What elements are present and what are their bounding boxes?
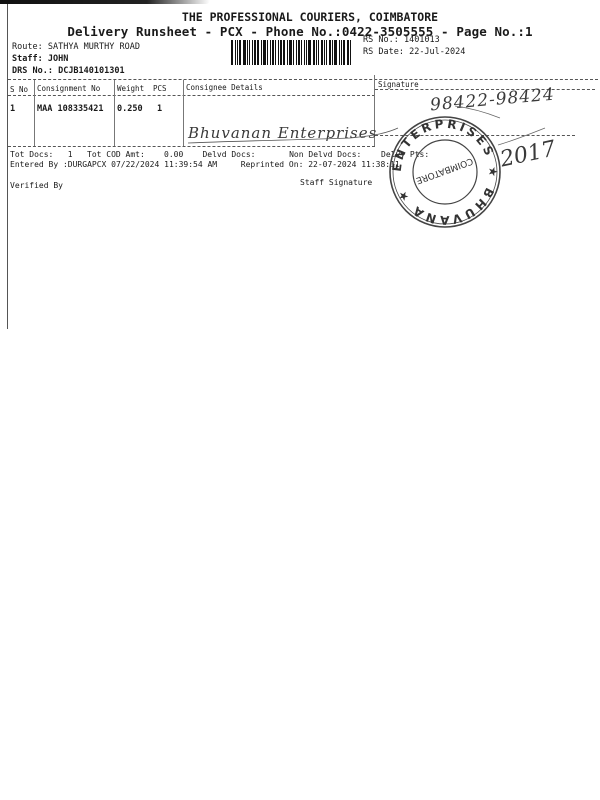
cell-weight: 0.250 xyxy=(117,104,143,114)
route-label: Route: xyxy=(12,42,43,52)
tot-docs-label: Tot Docs: xyxy=(10,150,53,159)
col-header-consignee: Consignee Details xyxy=(186,83,263,92)
company-title: THE PROFESSIONAL COURIERS, COIMBATORE xyxy=(0,10,600,24)
table-bottom-rule xyxy=(8,146,375,147)
rs-date-label: RS Date: xyxy=(363,47,404,57)
totals-line: Tot Docs: 1 Tot COD Amt: 0.00 Delvd Docs… xyxy=(10,150,429,159)
rs-no-line: RS No.: 1401013 xyxy=(363,35,440,45)
staff-value: JOHN xyxy=(48,54,68,64)
staff-line: Staff: JOHN xyxy=(12,54,68,64)
entered-by-value: DURGAPCX 07/22/2024 11:39:54 AM xyxy=(68,160,217,169)
route-value: SATHYA MURTHY ROAD xyxy=(48,42,140,52)
drs-line: DRS No.: DCJB140101301 xyxy=(12,66,125,76)
col-header-signature: Signature xyxy=(378,80,419,89)
rs-no-label: RS No.: xyxy=(363,35,399,45)
col-divider xyxy=(183,80,184,146)
drs-label: DRS No.: xyxy=(12,66,53,76)
col-divider xyxy=(114,80,115,146)
route-line: Route: SATHYA MURTHY ROAD xyxy=(12,42,140,52)
cell-pcs: 1 xyxy=(157,104,162,114)
verified-by-label: Verified By xyxy=(10,181,63,190)
col-header-weight: Weight xyxy=(117,84,144,93)
header-bottom-rule xyxy=(8,95,375,96)
handwritten-receiver-name: Bhuvanan Enterprises xyxy=(188,124,377,142)
cell-consignment-no: MAA 108335421 xyxy=(37,104,104,114)
handwritten-note: 2017 xyxy=(498,136,558,172)
runsheet-subtitle: Delivery Runsheet - PCX - Phone No.:0422… xyxy=(0,24,600,39)
barcode-icon xyxy=(231,40,353,65)
col-header-pcs: PCS xyxy=(153,84,167,93)
staff-label: Staff: xyxy=(12,54,43,64)
scan-edge-top xyxy=(0,0,210,4)
staff-signature-label: Staff Signature xyxy=(300,178,372,187)
tot-cod-value: 0.00 xyxy=(150,150,198,159)
entered-line: Entered By :DURGAPCX 07/22/2024 11:39:54… xyxy=(10,160,400,169)
table-top-rule xyxy=(8,79,598,80)
col-header-sno: S No xyxy=(10,85,28,94)
drs-value: DCJB140101301 xyxy=(58,66,125,76)
non-delvd-docs-label: Non Delvd Docs: xyxy=(289,150,361,159)
svg-text:COIMBATORE: COIMBATORE xyxy=(414,155,474,185)
entered-by-label: Entered By : xyxy=(10,160,68,169)
delvd-docs-label: Delvd Docs: xyxy=(202,150,255,159)
tot-docs-value: 1 xyxy=(58,150,82,159)
reprinted-label: Reprinted On: xyxy=(241,160,304,169)
company-stamp-icon: ENTERPRISES ★ BHUVANA ★ COIMBATORE xyxy=(385,112,505,232)
col-divider xyxy=(34,80,35,146)
tot-cod-label: Tot COD Amt: xyxy=(87,150,145,159)
scan-edge-left xyxy=(7,4,8,329)
cell-sno: 1 xyxy=(10,104,15,114)
col-header-consignment: Consignment No xyxy=(37,84,100,93)
rs-date-line: RS Date: 22-Jul-2024 xyxy=(363,47,465,57)
rs-date-value: 22-Jul-2024 xyxy=(409,47,465,57)
rs-no-value: 1401013 xyxy=(404,35,440,45)
